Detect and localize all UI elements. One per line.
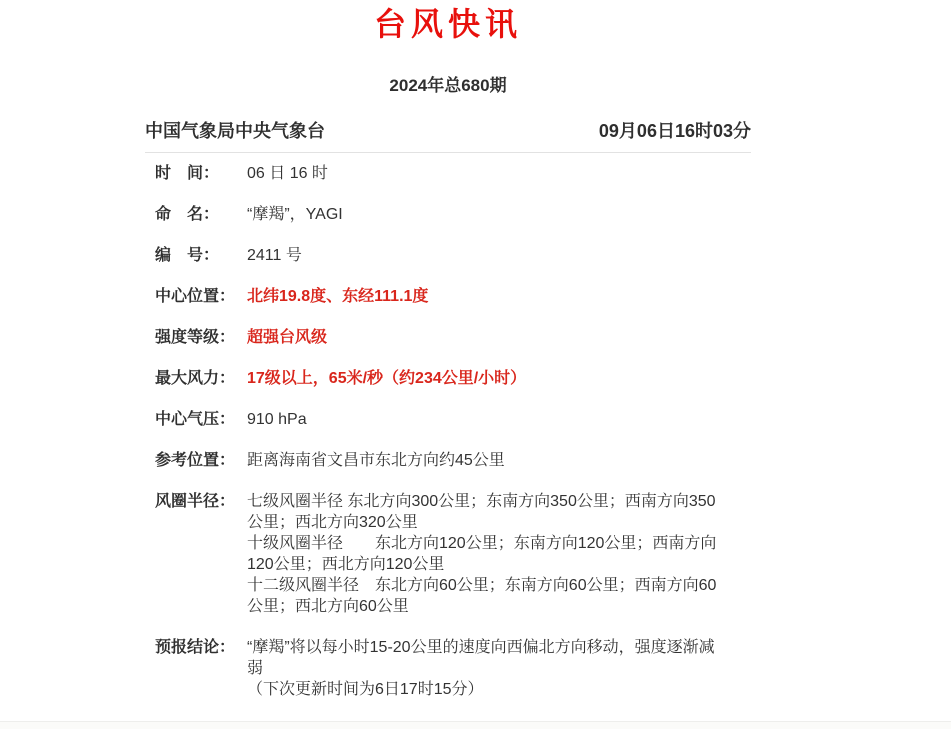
row-wind-circle-radius: 风圈半径： 七级风圈半径 东北方向300公里；东南方向350公里；西南方向350… [145,491,751,617]
row-max-wind: 最大风力： 17级以上，65米/秒（约234公里/小时） [145,368,751,389]
field-label: 时 间： [145,163,247,184]
issue-datetime: 09月06日16时03分 [599,120,751,142]
field-label: 中心气压： [145,409,247,430]
field-value: 17级以上，65米/秒（约234公里/小时） [247,368,725,389]
field-value: 超强台风级 [247,327,725,348]
next-update-time: （下次更新时间为6日17时15分） [247,679,725,700]
wind-radius-level10: 十级风圈半径 东北方向120公里；东南方向120公里；西南方向120公里；西北方… [247,533,725,575]
row-name: 命 名： “摩羯”，YAGI [145,204,751,225]
field-value: 七级风圈半径 东北方向300公里；东南方向350公里；西南方向350公里；西北方… [247,491,725,617]
field-value: “摩羯”，YAGI [247,204,725,225]
field-value: 距离海南省文昌市东北方向约45公里 [247,450,725,471]
forecast-text: “摩羯”将以每小时15-20公里的速度向西偏北方向移动，强度逐渐减弱 [247,637,725,679]
field-label: 预报结论： [145,637,247,658]
page-title: 台风快讯 [145,5,751,43]
field-label: 中心位置： [145,286,247,307]
wind-radius-level7: 七级风圈半径 东北方向300公里；东南方向350公里；西南方向350公里；西北方… [247,491,725,533]
row-forecast-conclusion: 预报结论： “摩羯”将以每小时15-20公里的速度向西偏北方向移动，强度逐渐减弱… [145,637,751,700]
row-reference-position: 参考位置： 距离海南省文昌市东北方向约45公里 [145,450,751,471]
field-label: 风圈半径： [145,491,247,512]
field-rows: 时 间： 06 日 16 时 命 名： “摩羯”，YAGI 编 号： 2411 … [145,153,751,700]
field-label: 命 名： [145,204,247,225]
field-label: 参考位置： [145,450,247,471]
field-value: 2411 号 [247,245,725,266]
row-pressure: 中心气压： 910 hPa [145,409,751,430]
issue-number: 2024年总680期 [145,76,751,96]
field-value: 910 hPa [247,409,725,430]
row-time: 时 间： 06 日 16 时 [145,163,751,184]
field-value: “摩羯”将以每小时15-20公里的速度向西偏北方向移动，强度逐渐减弱 （下次更新… [247,637,725,700]
row-number: 编 号： 2411 号 [145,245,751,266]
field-label: 最大风力： [145,368,247,389]
bulletin-header: 中国气象局中央气象台 09月06日16时03分 [145,120,751,153]
row-center-position: 中心位置： 北纬19.8度、东经111.1度 [145,286,751,307]
row-intensity: 强度等级： 超强台风级 [145,327,751,348]
bulletin: 台风快讯 2024年总680期 中国气象局中央气象台 09月06日16时03分 … [145,0,751,720]
field-label: 编 号： [145,245,247,266]
page-bottom-edge [0,721,951,729]
agency-name: 中国气象局中央气象台 [145,120,325,142]
field-label: 强度等级： [145,327,247,348]
field-value: 北纬19.8度、东经111.1度 [247,286,725,307]
field-value: 06 日 16 时 [247,163,725,184]
wind-radius-level12: 十二级风圈半径 东北方向60公里；东南方向60公里；西南方向60公里；西北方向6… [247,575,725,617]
